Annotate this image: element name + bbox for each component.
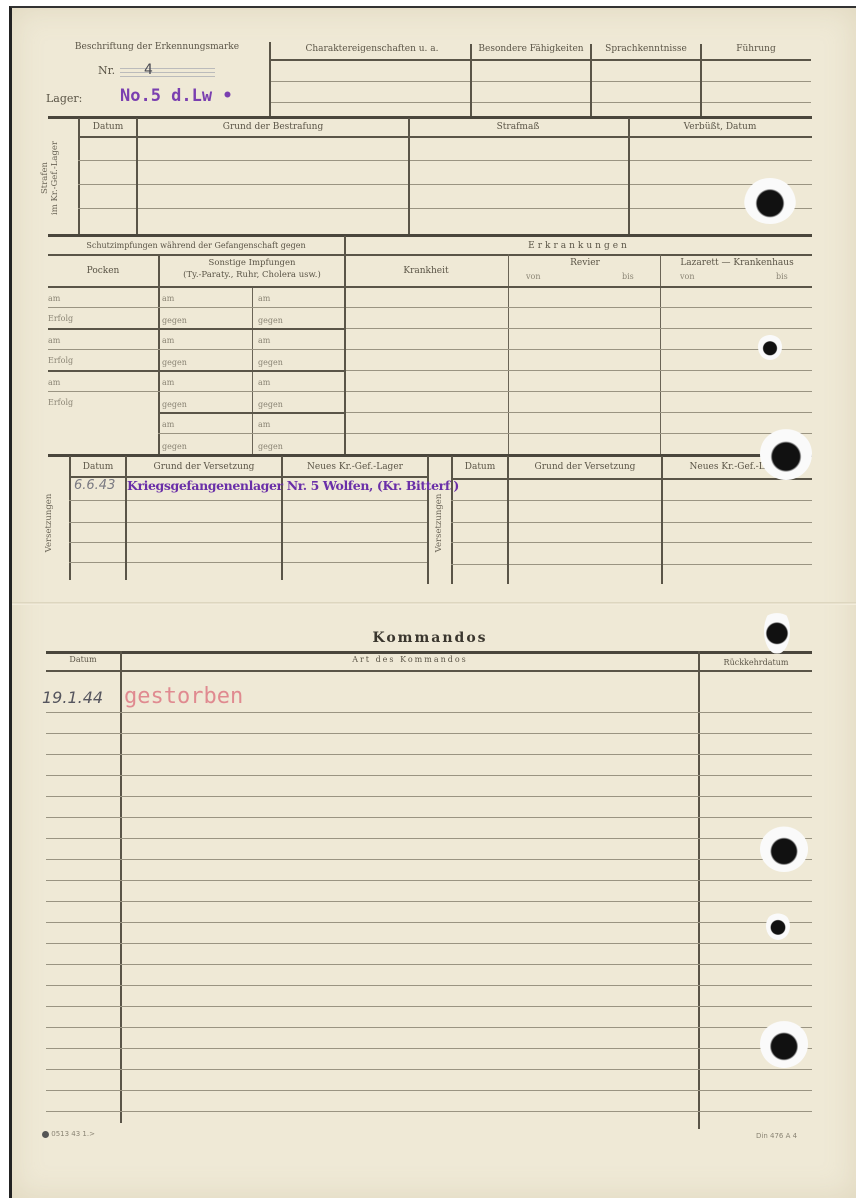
din-format-label: Din 476 A 4 [756,1132,797,1140]
rule [271,59,811,61]
sonstige-am: am [162,420,174,429]
rule [271,81,811,82]
col-sonstige-impfungen-sub: (Ty.-Paraty., Ruhr, Cholera usw.) [160,270,344,280]
divider [269,42,271,116]
versetzung-stamp: Kriegsgefangenenlager Nr. 5 Wolfen, (Kr.… [127,478,459,493]
sonstige-gegen: gegen [162,442,187,451]
divider [507,456,509,584]
rule [48,286,344,288]
punch-hole-icon [760,1020,808,1068]
col-strafmass: Strafmaß [410,122,626,132]
sonstige-am: am [258,420,270,429]
lager-stamp: No.5 d.Lw • [120,86,233,106]
divider [158,254,160,454]
section-rule [48,454,812,457]
rule [346,254,812,256]
rule [48,391,158,392]
punch-hole-icon [766,912,790,940]
impfungen-title: Schutzimpfungen während der Gefangenscha… [48,241,344,250]
lazarett-von: von [680,272,695,281]
sonstige-gegen: gegen [258,316,283,325]
col-besondere-faehigkeiten: Besondere Fähigkeiten [472,44,590,54]
rule [78,136,812,138]
rule [69,522,429,523]
erkrankungen-title: Erkrankungen [346,241,812,251]
divider [470,44,472,116]
divider [120,651,122,1123]
divider [698,651,700,1129]
print-code: 0513 43 1.> [42,1130,95,1138]
col-charaktereigenschaften: Charaktereigenschaften u. a. [274,44,470,54]
divider [427,456,429,584]
punch-hole-icon [758,334,782,360]
revier-von: von [526,272,541,281]
rule [451,500,812,501]
rule [346,391,812,392]
col-sonstige-impfungen: Sonstige Impfungen [160,258,344,268]
divider [628,118,630,234]
punch-hole-icon [760,428,812,480]
col-lazarett-krankenhaus: Lazarett — Krankenhaus [662,258,812,268]
pocken-am: am [48,294,60,303]
kommandos-title: Kommandos [48,630,812,646]
pocken-am: am [48,378,60,387]
rule [451,478,812,480]
rule [78,184,812,185]
rule [346,328,812,329]
col-grund-der-bestrafung: Grund der Bestrafung [138,122,408,132]
punch-hole-icon [764,608,790,654]
divider [508,254,509,454]
col-verbuesst-datum: Verbüßt, Datum [630,122,810,132]
rule [158,412,344,414]
rule [346,433,812,434]
lager-label: Lager: [46,92,82,105]
punch-hole-icon [744,178,796,224]
lazarett-bis: bis [776,272,788,281]
section-rule [48,116,812,119]
rule [48,328,344,330]
rule [158,433,344,434]
identification-tag-label: Beschriftung der Erkennungsmarke [52,42,262,52]
col-pocken: Pocken [48,266,158,276]
sonstige-am: am [258,336,270,345]
pocken-erfolg: Erfolg [48,356,73,365]
rule [451,542,812,543]
sonstige-gegen: gegen [258,442,283,451]
col-art-des-kommandos: Art des Kommandos [122,655,698,664]
versetzungen-side-label-right: Versetzungen [434,488,444,558]
pocken-erfolg: Erfolg [48,398,73,407]
kommando-art-stamp: gestorben [124,684,243,709]
col-datum-right: Datum [453,462,507,472]
rule [69,500,429,501]
rule [48,254,344,256]
divider [661,456,663,584]
rule [78,160,812,161]
strafen-side-label: Strafenim Kr.-Gef.-Lager [40,138,60,218]
rule [451,522,812,523]
rule [346,286,812,288]
divider [136,118,138,234]
col-grund-der-versetzung-right: Grund der Versetzung [509,462,661,472]
sonstige-am: am [162,336,174,345]
nr-line [120,72,215,73]
sonstige-gegen: gegen [162,358,187,367]
col-neues-lager-left: Neues Kr.-Gef.-Lager [283,462,427,472]
divider [125,456,127,580]
sonstige-am: am [162,294,174,303]
divider [590,44,592,116]
pocken-erfolg: Erfolg [48,314,73,323]
pow-record-card-back: Beschriftung der Erkennungsmarke Nr. 4 L… [9,6,856,1198]
nr-line [120,76,215,77]
nr-line [120,68,215,69]
rule [346,307,812,308]
nr-value: 4 [144,62,153,78]
rule [48,370,344,372]
rule [346,412,812,413]
section-rule [48,234,812,237]
versetzung-datum: 6.6.43 [74,478,115,493]
col-datum: Datum [46,655,120,664]
divider [700,44,702,116]
rule [158,391,344,392]
versetzungen-side-label-left: Versetzungen [44,488,54,558]
col-grund-der-versetzung-left: Grund der Versetzung [127,462,281,472]
rule [69,562,429,563]
col-fuehrung: Führung [702,44,810,54]
col-revier: Revier [510,258,660,268]
divider [660,254,661,454]
col-sprachkenntnisse: Sprachkenntnisse [592,44,700,54]
sonstige-am: am [258,378,270,387]
rule [271,102,811,103]
sonstige-gegen: gegen [162,400,187,409]
rule [69,542,429,543]
col-datum: Datum [80,122,136,132]
rule [346,349,812,350]
sonstige-am: am [258,294,270,303]
divider [281,456,283,580]
divider [408,118,410,234]
rule [346,370,812,371]
col-krankheit: Krankheit [346,266,506,276]
kommando-datum: 19.1.44 [42,688,103,707]
printer-logo-icon [42,1131,49,1138]
pocken-am: am [48,336,60,345]
punch-hole-icon [760,826,808,872]
sonstige-gegen: gegen [258,358,283,367]
sonstige-am: am [162,378,174,387]
col-rueckkehrdatum: Rückkehrdatum [700,658,812,667]
rule [48,307,344,308]
paper-fold [12,602,856,605]
col-datum-left: Datum [71,462,125,472]
rule [451,564,812,565]
sonstige-gegen: gegen [162,316,187,325]
nr-label: Nr. [98,64,115,77]
sonstige-gegen: gegen [258,400,283,409]
rule [78,208,812,209]
revier-bis: bis [622,272,634,281]
rule [48,349,344,350]
